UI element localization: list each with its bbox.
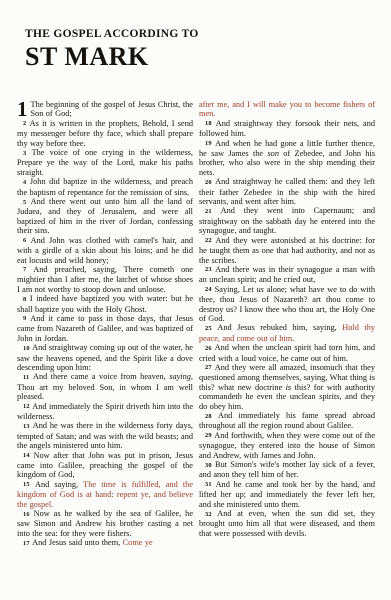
verse-number: 22	[205, 237, 212, 244]
verse-5: 5 And there went out unto him all the la…	[17, 197, 193, 236]
verse-number: 21	[205, 208, 212, 215]
verse-text: And immediately his fame spread abroad t…	[199, 411, 375, 430]
verse-number: 16	[23, 511, 30, 518]
verse-9: 9 And it came to pass in those days, tha…	[17, 314, 193, 343]
verse-number: 23	[205, 266, 212, 273]
verse-text: And straightway they forsook their nets,…	[199, 119, 375, 138]
verse-2: 2 As it is written in the prophets, Beho…	[17, 119, 193, 148]
verse-30: 30 But Simon's wife's mother lay sick of…	[199, 460, 375, 480]
verse-number: 8	[23, 296, 26, 303]
verse-text: And John was clothed with camel's hair, …	[17, 236, 193, 265]
verse-11: 11 And there came a voice from heaven, s…	[17, 372, 193, 401]
verse-text: And there went out unto him all the land…	[17, 197, 193, 235]
verse-text: son	[267, 149, 279, 158]
verse-number: 4	[23, 179, 26, 186]
verse-text: The voice of one crying in the wildernes…	[17, 148, 193, 177]
verse-24: 24 Saying, Let us alone; what have we to…	[199, 285, 375, 324]
verse-6: 6 And John was clothed with camel's hair…	[17, 236, 193, 265]
verse-text: And straightway coming up out of the wat…	[17, 343, 193, 372]
verse-text: Now after that John was put in prison, J…	[17, 451, 193, 480]
verse-text: I indeed have baptized you with water: b…	[17, 294, 193, 313]
verse-text: As it is written in the prophets, Behold…	[17, 119, 193, 148]
verse-number: 10	[23, 345, 30, 352]
verse-7: 7 And preached, saying, There cometh one…	[17, 265, 193, 294]
verse-text: And there came a voice from heaven,	[33, 372, 169, 381]
verse-number: 2	[23, 120, 26, 127]
verse-12: 12 And immediately the Spirit driveth hi…	[17, 402, 193, 422]
verse-26: 26 And when the unclean spirit had torn …	[199, 343, 375, 363]
verse-text: And when the unclean spirit had torn him…	[199, 343, 375, 362]
verse-4: 4 John did baptize in the wilderness, an…	[17, 177, 193, 197]
verse-text: And Jesus said unto them,	[32, 538, 122, 547]
verse-19: 19 And when he had gone a little further…	[199, 139, 375, 178]
verse-text: And at even, when the sun did set, they …	[199, 509, 375, 538]
verse-text: And straightway he called them: and they…	[199, 177, 375, 206]
verse-number: 11	[23, 374, 29, 381]
verse-text: But Simon's wife's mother lay sick of a …	[199, 460, 375, 479]
verse-number: 7	[23, 266, 26, 273]
verse-number: 31	[205, 481, 212, 488]
verse-16: 16 Now as he walked by the sea of Galile…	[17, 509, 193, 538]
verse-number: 17	[23, 540, 30, 547]
verse-number: 12	[23, 403, 30, 410]
verse-number: 28	[205, 413, 212, 420]
verse-27: 27 And they were all amazed, insomuch th…	[199, 363, 375, 411]
verse-10: 10 And straightway coming up out of the …	[17, 343, 193, 372]
column-left: 1The beginning of the gospel of Jesus Ch…	[17, 100, 193, 582]
verse-text: Thou art my beloved Son, in whom I am we…	[17, 383, 193, 401]
verse-text: John did baptize in the wilderness, and …	[17, 177, 193, 196]
verse-number: 5	[23, 199, 26, 206]
verse-text: And he came and took her by the hand, an…	[199, 480, 375, 509]
verse-17: 17 And Jesus said unto them, Come ye	[17, 538, 193, 548]
verse-21: 21 And they went into Capernaum; and str…	[199, 206, 375, 235]
verse-number: 6	[23, 237, 26, 244]
book-header: THE GOSPEL ACCORDING TO ST MARK	[25, 28, 375, 71]
verse-text: And it came to pass in those days, that …	[17, 314, 193, 343]
verse-text: And saying,	[35, 480, 83, 489]
verse-number: 18	[205, 120, 212, 127]
bible-page: THE GOSPEL ACCORDING TO ST MARK 1The beg…	[0, 0, 391, 600]
verse-text: And he was there in the wilderness forty…	[17, 421, 193, 450]
verse-31: 31 And he came and took her by the hand,…	[199, 480, 375, 509]
red-letter-text: Come ye	[123, 538, 153, 547]
verse-text: Now as he walked by the sea of Galilee, …	[17, 509, 193, 538]
verse-number: 9	[23, 315, 26, 322]
verse-23: 23 And there was in their synagogue a ma…	[199, 265, 375, 285]
verse-3: 3 The voice of one crying in the wildern…	[17, 148, 193, 177]
verse-number: 25	[205, 325, 212, 332]
verse-number: 3	[23, 150, 26, 157]
book-title: ST MARK	[25, 43, 375, 71]
verse-number: 26	[205, 345, 212, 352]
verse-text: And immediately the Spirit driveth him i…	[17, 402, 193, 421]
verse-32: 32 And at even, when the sun did set, th…	[199, 509, 375, 538]
verse-number: 15	[23, 481, 30, 488]
verse-number: 13	[23, 423, 30, 430]
verse-1: 1The beginning of the gospel of Jesus Ch…	[17, 100, 193, 119]
verse-number: 14	[23, 452, 30, 459]
verse-18: 18 And straightway they forsook their ne…	[199, 119, 375, 139]
verse-8: 8 I indeed have baptized you with water:…	[17, 294, 193, 314]
verse-text: saying,	[169, 372, 193, 381]
verse-text: And they were astonished at his doctrine…	[199, 236, 375, 265]
verse-25: 25 And Jesus rebuked him, saying, Hold t…	[199, 323, 375, 343]
verse-28: 28 And immediately his fame spread abroa…	[199, 411, 375, 431]
verse-text: And there was in their synagogue a man w…	[199, 265, 375, 284]
verse-22: 22 And they were astonished at his doctr…	[199, 236, 375, 265]
text-columns: 1The beginning of the gospel of Jesus Ch…	[17, 100, 375, 582]
verse-number: 19	[205, 140, 212, 147]
verse-15: 15 And saying, The time is fulfilled, an…	[17, 480, 193, 509]
verse-20: 20 And straightway he called them: and t…	[199, 177, 375, 206]
verse-text: The beginning of the gospel of Jesus Chr…	[31, 100, 194, 118]
verse-number: 27	[205, 364, 212, 371]
verse-text: And forthwith, when they were come out o…	[199, 431, 375, 460]
verse-text: And Jesus rebuked him, saying,	[217, 323, 342, 332]
verse-number: 24	[205, 286, 212, 293]
red-letter-text: after me, and I will make you to become …	[199, 100, 375, 118]
verse-text: us	[257, 285, 264, 294]
verse-text: And preached, saying, There cometh one m…	[17, 265, 193, 294]
verse-14: 14 Now after that John was put in prison…	[17, 451, 193, 480]
verse-number: 30	[205, 462, 212, 469]
verse-29: 29 And forthwith, when they were come ou…	[199, 431, 375, 460]
book-kicker: THE GOSPEL ACCORDING TO	[25, 28, 375, 40]
verse-number: 32	[205, 511, 212, 518]
verse-13: 13 And he was there in the wilderness fo…	[17, 421, 193, 450]
verse-number: 29	[205, 432, 212, 439]
column-right: after me, and I will make you to become …	[199, 100, 375, 582]
verse-continuation: after me, and I will make you to become …	[199, 100, 375, 119]
verse-number: 20	[205, 179, 212, 186]
verse-text: Saying, Let	[215, 285, 257, 294]
verse-text: And they went into Capernaum; and straig…	[199, 206, 375, 235]
chapter-number: 1	[17, 101, 28, 118]
